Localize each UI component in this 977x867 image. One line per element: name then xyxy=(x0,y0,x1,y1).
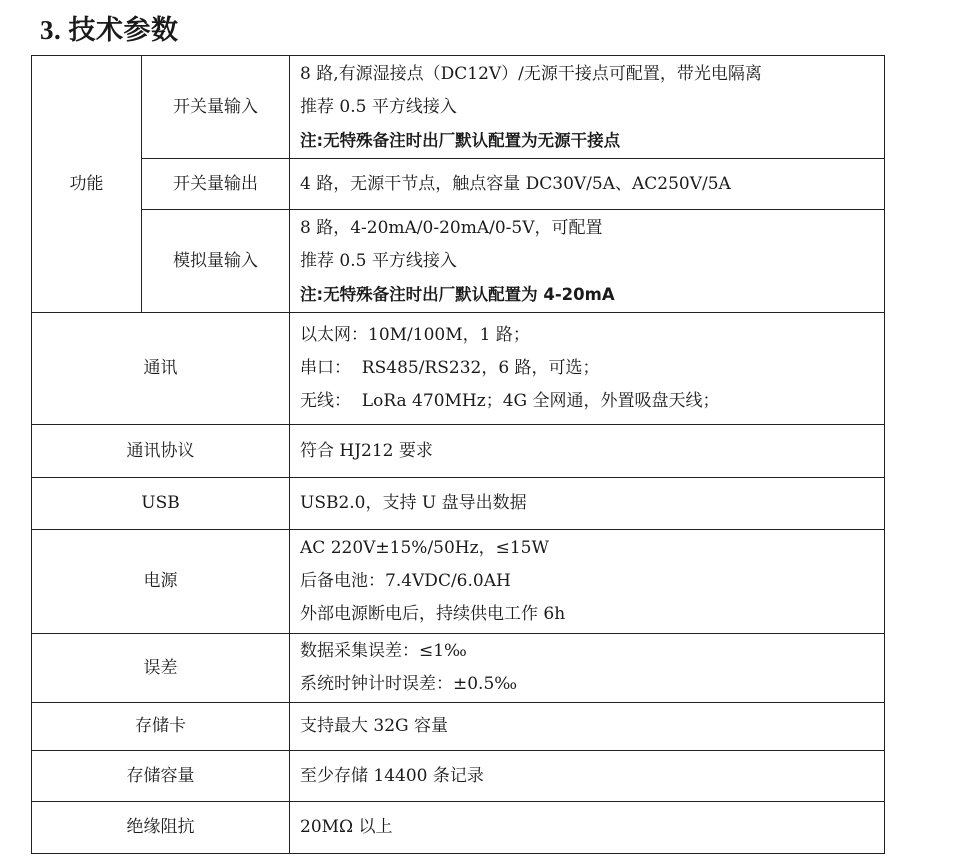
row-label-storage-capacity: 存储容量 xyxy=(32,751,290,802)
spec-table: 功能 开关量输入 8 路,有源湿接点（DC12V）/无源干接点可配置，带光电隔离… xyxy=(31,55,885,854)
row-value-protocol: 符合 HJ212 要求 xyxy=(290,425,885,478)
row-sublabel-digital-output: 开关量输出 xyxy=(142,159,290,210)
row-value-analog-input: 8 路，4-20mA/0-20mA/0-5V，可配置 推荐 0.5 平方线接入 … xyxy=(290,210,885,313)
row-label-usb: USB xyxy=(32,478,290,530)
value-line: 无线： LoRa 470MHz；4G 全网通，外置吸盘天线； xyxy=(300,385,884,418)
row-value-error: 数据采集误差：≤1‰ 系统时钟计时误差：±0.5‰ xyxy=(290,634,885,703)
row-label-power: 电源 xyxy=(32,530,290,634)
default-note: 注:无特殊备注时出厂默认配置为无源干接点 xyxy=(300,124,884,157)
row-value-usb: USB2.0，支持 U 盘导出数据 xyxy=(290,478,885,530)
row-sublabel-digital-input: 开关量输入 xyxy=(142,56,290,159)
table-row: 功能 开关量输入 8 路,有源湿接点（DC12V）/无源干接点可配置，带光电隔离… xyxy=(32,56,885,159)
row-label-communication: 通讯 xyxy=(32,313,290,425)
row-label-protocol: 通讯协议 xyxy=(32,425,290,478)
value-line: USB2.0，支持 U 盘导出数据 xyxy=(300,487,884,520)
value-line: 8 路,有源湿接点（DC12V）/无源干接点可配置，带光电隔离 xyxy=(300,58,884,91)
row-value-power: AC 220V±15%/50Hz，≤15W 后备电池：7.4VDC/6.0AH … xyxy=(290,530,885,634)
row-label-memory-card: 存储卡 xyxy=(32,703,290,751)
value-line: AC 220V±15%/50Hz，≤15W xyxy=(300,532,884,565)
value-line: 符合 HJ212 要求 xyxy=(300,435,884,468)
table-row: 通讯 以太网：10M/100M，1 路； 串口： RS485/RS232，6 路… xyxy=(32,313,885,425)
value-line: 外部电源断电后，持续供电工作 6h xyxy=(300,598,884,631)
row-value-storage-capacity: 至少存储 14400 条记录 xyxy=(290,751,885,802)
row-value-digital-input: 8 路,有源湿接点（DC12V）/无源干接点可配置，带光电隔离 推荐 0.5 平… xyxy=(290,56,885,159)
table-row: 绝缘阻抗 20MΩ 以上 xyxy=(32,802,885,854)
default-note: 注:无特殊备注时出厂默认配置为 4-20mA xyxy=(300,278,884,311)
value-line: 4 路，无源干节点，触点容量 DC30V/5A、AC250V/5A xyxy=(300,168,884,201)
row-value-digital-output: 4 路，无源干节点，触点容量 DC30V/5A、AC250V/5A xyxy=(290,159,885,210)
row-sublabel-analog-input: 模拟量输入 xyxy=(142,210,290,313)
table-row: 开关量输出 4 路，无源干节点，触点容量 DC30V/5A、AC250V/5A xyxy=(32,159,885,210)
table-row: 通讯协议 符合 HJ212 要求 xyxy=(32,425,885,478)
value-line: 8 路，4-20mA/0-20mA/0-5V，可配置 xyxy=(300,212,884,245)
row-value-communication: 以太网：10M/100M，1 路； 串口： RS485/RS232，6 路，可选… xyxy=(290,313,885,425)
section-title: 3. 技术参数 xyxy=(40,8,179,47)
value-line: 串口： RS485/RS232，6 路，可选； xyxy=(300,352,884,385)
table-row: USB USB2.0，支持 U 盘导出数据 xyxy=(32,478,885,530)
row-value-insulation: 20MΩ 以上 xyxy=(290,802,885,854)
table-row: 电源 AC 220V±15%/50Hz，≤15W 后备电池：7.4VDC/6.0… xyxy=(32,530,885,634)
row-label-insulation: 绝缘阻抗 xyxy=(32,802,290,854)
value-line: 系统时钟计时误差：±0.5‰ xyxy=(300,668,884,701)
row-label-function: 功能 xyxy=(32,56,142,313)
table-row: 存储容量 至少存储 14400 条记录 xyxy=(32,751,885,802)
value-line: 推荐 0.5 平方线接入 xyxy=(300,91,884,124)
value-line: 后备电池：7.4VDC/6.0AH xyxy=(300,565,884,598)
value-line: 数据采集误差：≤1‰ xyxy=(300,635,884,668)
table-row: 存储卡 支持最大 32G 容量 xyxy=(32,703,885,751)
value-line: 20MΩ 以上 xyxy=(300,811,884,844)
value-line: 至少存储 14400 条记录 xyxy=(300,760,884,793)
row-value-memory-card: 支持最大 32G 容量 xyxy=(290,703,885,751)
value-line: 推荐 0.5 平方线接入 xyxy=(300,245,884,278)
value-line: 支持最大 32G 容量 xyxy=(300,710,884,743)
row-label-error: 误差 xyxy=(32,634,290,703)
value-line: 以太网：10M/100M，1 路； xyxy=(300,319,884,352)
table-row: 模拟量输入 8 路，4-20mA/0-20mA/0-5V，可配置 推荐 0.5 … xyxy=(32,210,885,313)
table-row: 误差 数据采集误差：≤1‰ 系统时钟计时误差：±0.5‰ xyxy=(32,634,885,703)
